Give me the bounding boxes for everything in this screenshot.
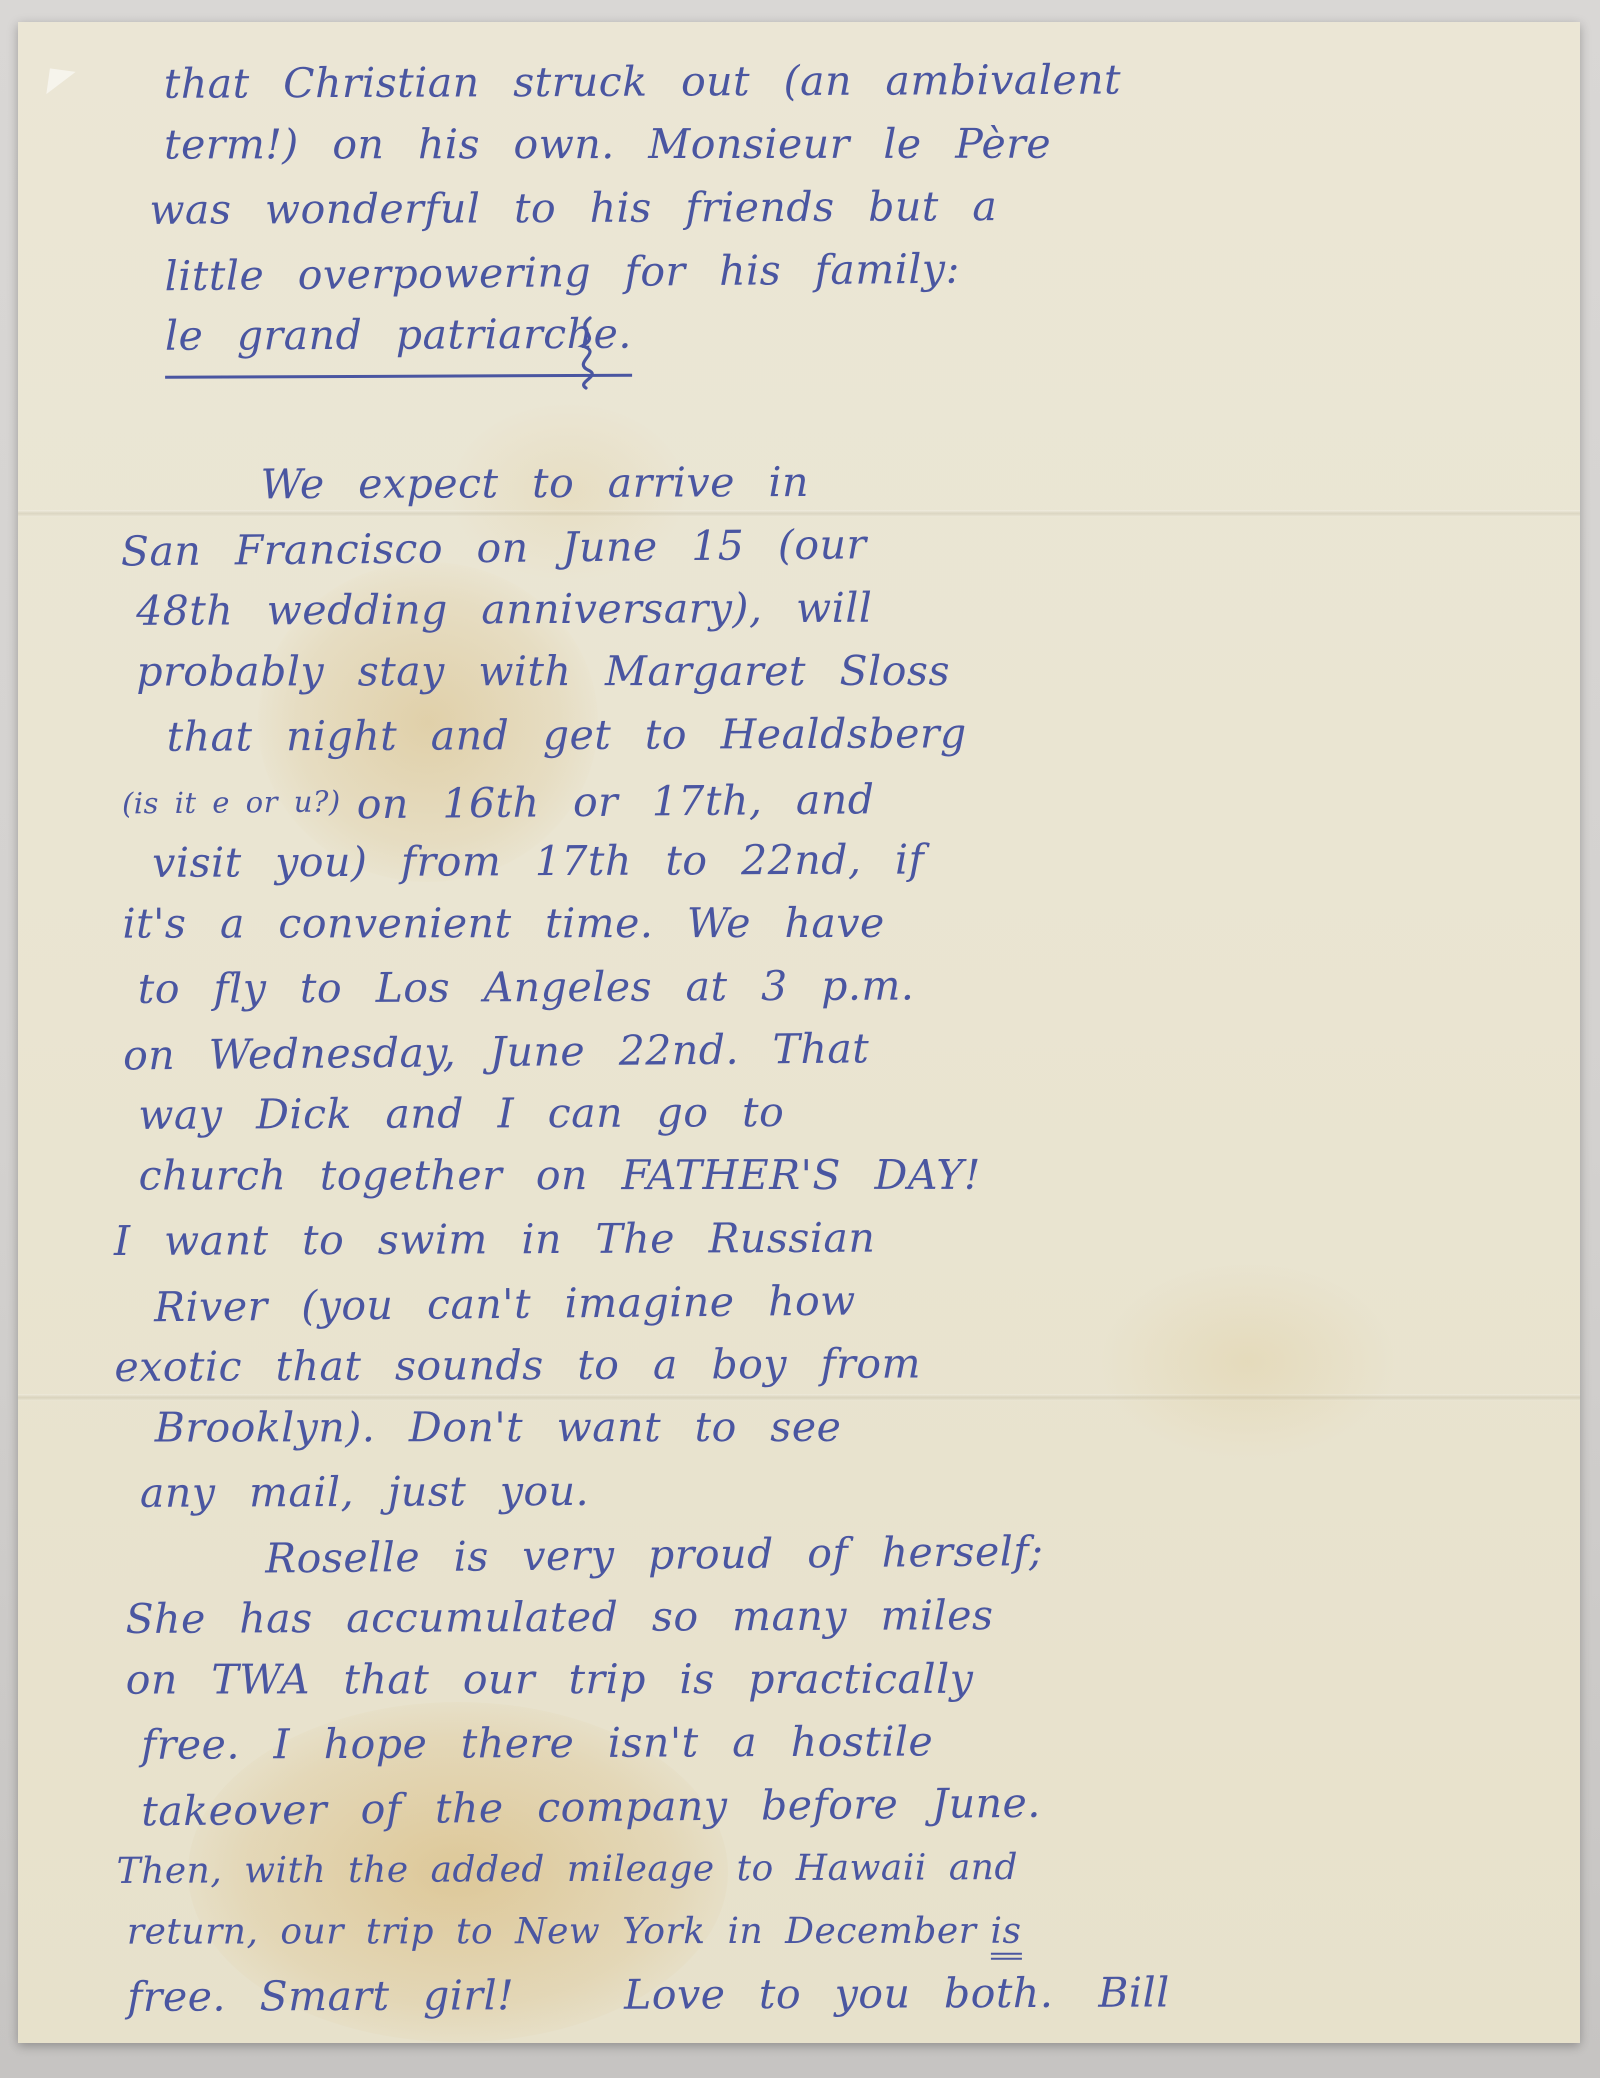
underlined-phrase: le grand patriarche. <box>165 303 632 379</box>
letter-photo: { "letter": { "ink_color": "#4a56a1", "p… <box>0 0 1600 2078</box>
letter-line-underlined: le grand patriarche. <box>70 299 1577 369</box>
letter-line-text: on 16th or 17th, and <box>357 775 875 828</box>
letter-line: takeover of the company before June. <box>46 1767 1584 1845</box>
parenthetical-aside: (is it e or u?) <box>122 784 341 820</box>
letter-line: free. I hope there isn't a hostile <box>46 1708 1583 1778</box>
letter-paper: that Christian struck out (an ambivalent… <box>18 22 1580 2043</box>
letter-line: to fly to Los Angeles at 3 p.m. <box>43 952 1580 1022</box>
letter-line: probably stay with Margaret Sloss <box>41 639 1578 703</box>
closing-valediction: Love to you both. <box>624 1962 1053 2027</box>
letter-line-text: return, our trip to New York in December <box>127 1911 977 1953</box>
letter-line: Roselle is very proud of herself; <box>170 1515 1583 1592</box>
closing-line: free. Smart girl!Love to you both.Bill <box>32 1960 1584 2030</box>
letter-line: it's a convenient time. We have <box>27 891 1579 955</box>
letter-line: 48th wedding anniversary), will <box>41 574 1578 644</box>
double-underlined-word: is <box>990 1911 1021 1960</box>
letter-line: on TWA that our trip is practically <box>31 1647 1583 1711</box>
letter-line: San Francisco on June 15 (our <box>26 507 1579 585</box>
letter-line: visit you) from 17th to 22nd, if <box>57 826 1579 896</box>
letter-line: exotic that sounds to a boy from <box>19 1330 1581 1400</box>
letter-line: I want to swim in The Russian <box>19 1204 1581 1274</box>
letter-line: Then, with the added mileage to Hawaii a… <box>21 1834 1583 1904</box>
letter-line: on Wednesday, June 22nd. That <box>28 1011 1581 1089</box>
letter-body: that Christian struck out (an ambivalent… <box>14 47 1585 2030</box>
signature: Bill <box>1098 1961 1170 2024</box>
letter-line: (is it e or u?)on 16th or 17th, and <box>27 759 1580 837</box>
letter-line: was wonderful to his friends but a <box>54 173 1576 243</box>
letter-line: She has accumulated so many miles <box>30 1582 1582 1652</box>
letter-line: We expect to arrive in <box>165 448 1577 517</box>
letter-line: way Dick and I can go to <box>43 1078 1580 1148</box>
letter-line: term!) on his own. Monsieur le Père <box>69 112 1576 176</box>
letter-line: Brooklyn). Don't want to see <box>60 1395 1582 1459</box>
letter-line: River (you can't imagine how <box>59 1263 1582 1341</box>
letter-line: that Christian struck out (an ambivalent <box>69 47 1576 117</box>
letter-line: any mail, just you. <box>45 1456 1582 1526</box>
letter-line: little overpowering for his family: <box>69 232 1577 309</box>
letter-line: that night and get to Healdsberg <box>72 700 1579 770</box>
closing-left: free. Smart girl! <box>127 1964 514 2029</box>
letter-line: church together on FATHER'S DAY! <box>44 1143 1581 1207</box>
letter-line: return, our trip to New York in December… <box>32 1899 1584 1963</box>
